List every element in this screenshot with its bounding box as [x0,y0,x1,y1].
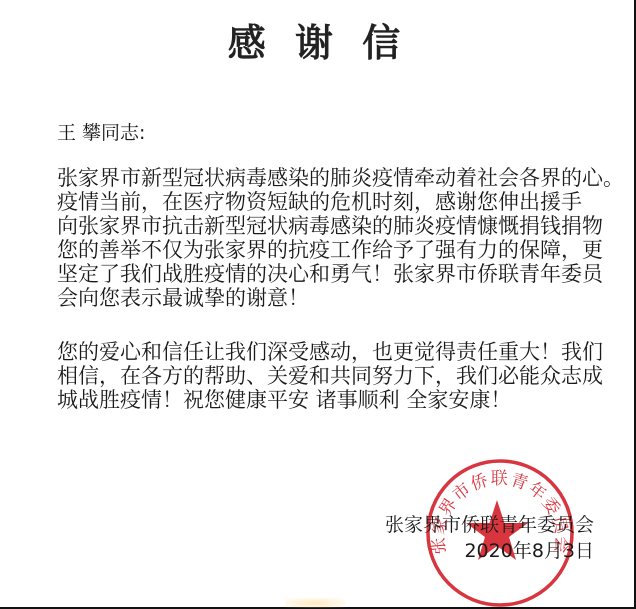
signature-block: 张家界市侨联青年委员会 2020年8月3日 [385,512,594,564]
text-line: 城战胜疫情！祝您健康平安 诸事顺利 全家安康！ [57,388,603,412]
signature-organization: 张家界市侨联青年委员会 [385,512,594,538]
text-line: 张家界市新型冠状病毒感染的肺炎疫情牵动着社会各界的心。 [57,166,624,190]
paragraph-2: 您的爱心和信任让我们深受感动，也更觉得责任重大！我们 相信，在各方的帮助、关爱和… [57,340,603,412]
text-line: 您的爱心和信任让我们深受感动，也更觉得责任重大！我们 [57,340,603,364]
text-line: 向张家界市抗击新型冠状病毒感染的肺炎疫情慷慨捐钱捐物 [57,214,624,238]
signature-date: 2020年8月3日 [385,538,594,564]
salutation: 王 攀同志: [57,118,145,145]
text-line: 疫情当前，在医疗物资短缺的危机时刻，感谢您伸出援手 [57,190,624,214]
text-line: 会向您表示最诚挚的谢意！ [57,286,624,310]
photo-glare [285,598,345,608]
text-line: 坚定了我们战胜疫情的决心和勇气！张家界市侨联青年委员 [57,262,624,286]
text-line: 相信，在各方的帮助、关爱和共同努力下，我们必能众志成 [57,364,603,388]
letter-title: 感 谢 信 [0,12,636,67]
paragraph-1: 张家界市新型冠状病毒感染的肺炎疫情牵动着社会各界的心。 疫情当前，在医疗物资短缺… [57,166,624,310]
text-line: 您的善举不仅为张家界的抗疫工作给予了强有力的保障，更 [57,238,624,262]
